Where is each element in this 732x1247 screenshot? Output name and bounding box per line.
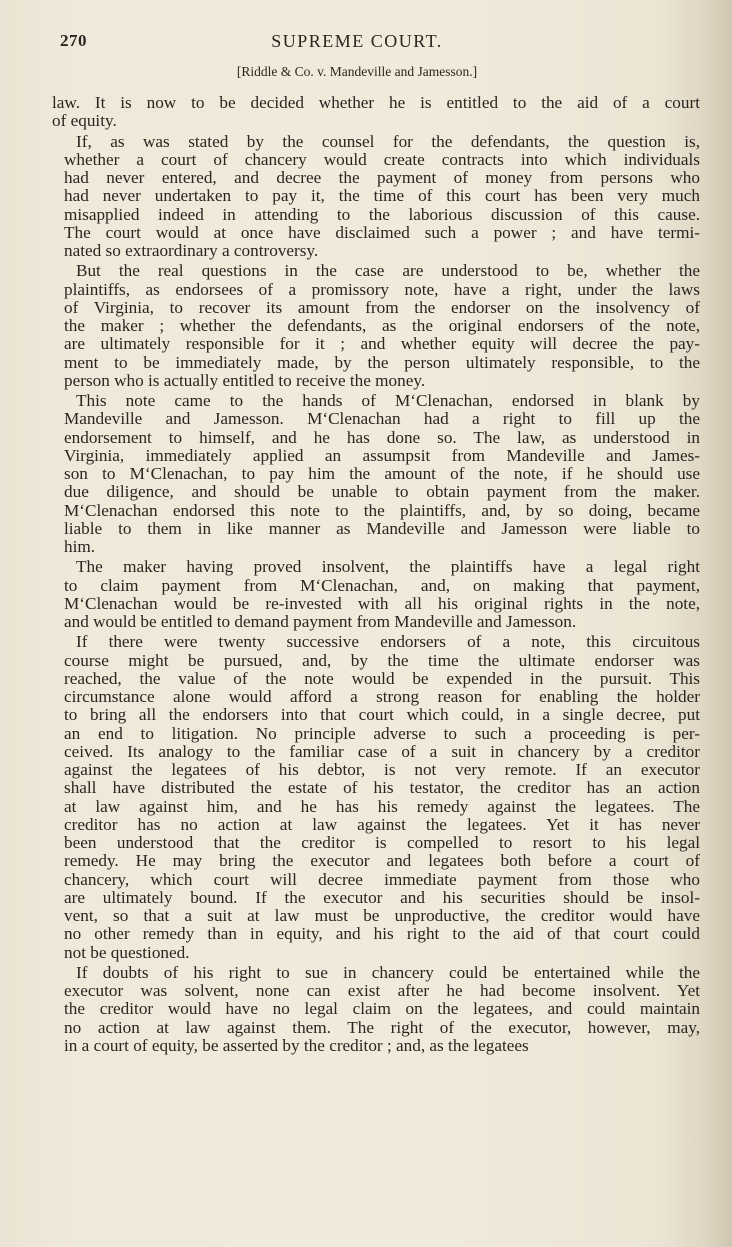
- paragraph: This note came to the hands of M‘Clenach…: [52, 392, 700, 556]
- text-line: But the real questions in the case are u…: [52, 262, 700, 280]
- paragraph: The maker having proved insolvent, the p…: [52, 558, 700, 631]
- text-line: at law against him, and he has his remed…: [52, 798, 700, 816]
- text-line: reached, the value of the note would be …: [52, 670, 700, 688]
- text-line: shall have distributed the estate of his…: [52, 779, 700, 797]
- text-line: to claim payment from M‘Clenachan, and, …: [52, 577, 700, 595]
- text-line: son to M‘Clenachan, to pay him the amoun…: [52, 465, 700, 483]
- paragraph: If doubts of his right to sue in chancer…: [52, 964, 700, 1055]
- text-line: The court would at once have disclaimed …: [52, 224, 700, 242]
- text-line: him.: [52, 538, 700, 556]
- text-line: Mandeville and Jamesson. M‘Clenachan had…: [52, 410, 700, 428]
- text-line: against the legatees of his debtor, is n…: [52, 761, 700, 779]
- text-line: and would be entitled to demand payment …: [52, 613, 700, 631]
- text-line: liable to them in like manner as Mandevi…: [52, 520, 700, 538]
- text-line: had never entered, and decree the paymen…: [52, 169, 700, 187]
- text-line: are ultimately responsible for it ; and …: [52, 335, 700, 353]
- text-line: to bring all the endorsers into that cou…: [52, 706, 700, 724]
- text-line: circumstance alone would afford a strong…: [52, 688, 700, 706]
- text-line: no other remedy than in equity, and his …: [52, 925, 700, 943]
- text-line: whether a court of chancery would create…: [52, 151, 700, 169]
- paragraph: If there were twenty successive endorser…: [52, 633, 700, 962]
- text-line: due diligence, and should be unable to o…: [52, 483, 700, 501]
- text-line: an end to litigation. No principle adver…: [52, 725, 700, 743]
- case-caption: [Riddle & Co. v. Mandeville and Jamesson…: [52, 64, 662, 80]
- text-line: had never undertaken to pay it, the time…: [52, 187, 700, 205]
- text-line: person who is actually entitled to recei…: [52, 372, 700, 390]
- text-line: ment to be immediately made, by the pers…: [52, 354, 700, 372]
- text-line: been understood that the creditor is com…: [52, 834, 700, 852]
- text-line: not be questioned.: [52, 944, 700, 962]
- text-line: vent, so that a suit at law must be unpr…: [52, 907, 700, 925]
- text-line: The maker having proved insolvent, the p…: [52, 558, 700, 576]
- text-line: This note came to the hands of M‘Clenach…: [52, 392, 700, 410]
- text-line: Virginia, immediately applied an assumps…: [52, 447, 700, 465]
- text-line: in a court of equity, be asserted by the…: [52, 1037, 700, 1055]
- text-line: the creditor would have no legal claim o…: [52, 1000, 700, 1018]
- paragraph: If, as was stated by the counsel for the…: [52, 133, 700, 261]
- text-line: chancery, which court will decree immedi…: [52, 871, 700, 889]
- text-line: of Virginia, to recover its amount from …: [52, 299, 700, 317]
- running-head-title: SUPREME COURT.: [52, 31, 662, 52]
- text-line: of equity.: [52, 112, 700, 130]
- text-line: executor was solvent, none can exist aft…: [52, 982, 700, 1000]
- running-head: 270 SUPREME COURT.: [52, 31, 702, 55]
- text-line: M‘Clenachan would be re-invested with al…: [52, 595, 700, 613]
- text-line: no action at law against them. The right…: [52, 1019, 700, 1037]
- text-line: course might be pursued, and, by the tim…: [52, 652, 700, 670]
- text-line: If doubts of his right to sue in chancer…: [52, 964, 700, 982]
- body-text: law. It is now to be decided whether he …: [52, 94, 700, 1055]
- text-line: nated so extraordinary a controversy.: [52, 242, 700, 260]
- text-line: If, as was stated by the counsel for the…: [52, 133, 700, 151]
- text-line: plaintiffs, as endorsees of a promissory…: [52, 281, 700, 299]
- text-line: are ultimately bound. If the executor an…: [52, 889, 700, 907]
- text-line: M‘Clenachan endorsed this note to the pl…: [52, 502, 700, 520]
- text-line: remedy. He may bring the executor and le…: [52, 852, 700, 870]
- text-line: creditor has no action at law against th…: [52, 816, 700, 834]
- paragraph: law. It is now to be decided whether he …: [52, 94, 700, 131]
- paragraph: But the real questions in the case are u…: [52, 262, 700, 390]
- text-line: the maker ; whether the defendants, as t…: [52, 317, 700, 335]
- text-line: ceived. Its analogy to the familiar case…: [52, 743, 700, 761]
- text-line: law. It is now to be decided whether he …: [52, 94, 700, 112]
- text-line: If there were twenty successive endorser…: [52, 633, 700, 651]
- text-line: misapplied indeed in attending to the la…: [52, 206, 700, 224]
- text-line: endorsement to himself, and he has done …: [52, 429, 700, 447]
